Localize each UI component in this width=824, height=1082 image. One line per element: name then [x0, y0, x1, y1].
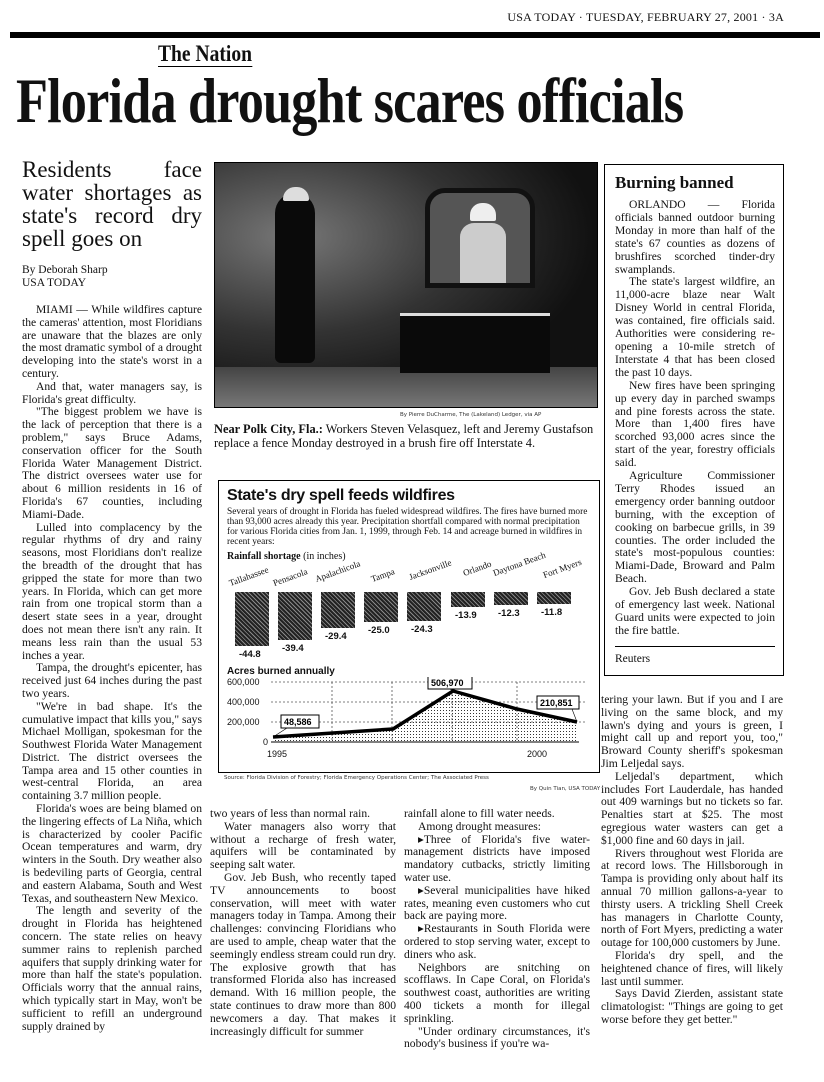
paragraph: "We're in bad shape. It's the cumulative…	[22, 701, 202, 803]
paragraph: rainfall alone to fill water needs.	[404, 808, 590, 821]
graphic-credit: By Quin Tian, USA TODAY	[530, 786, 600, 792]
paragraph: The length and severity of the drought i…	[22, 905, 202, 1033]
paragraph: two years of less than normal rain.	[210, 808, 396, 821]
headline: Florida drought scares officials	[16, 70, 683, 133]
paragraph: tering your lawn. But if you and I are l…	[601, 694, 783, 771]
svg-text:210,851: 210,851	[540, 698, 573, 708]
rainfall-chart: Tallahassee Pensacola Apalachicola Tampa…	[227, 564, 591, 666]
paragraph: Says David Zierden, assistant state clim…	[601, 988, 783, 1026]
city-label: Apalachicola	[314, 558, 362, 584]
graphic-title: State's dry spell feeds wildfires	[227, 487, 591, 505]
paragraph: Lulled into complacency by the regular r…	[22, 522, 202, 663]
deck: Residents face water shortages as state'…	[22, 158, 202, 250]
article-column-4: tering your lawn. But if you and I are l…	[601, 694, 783, 1027]
paragraph: ORLANDO — Florida officials banned outdo…	[615, 199, 775, 276]
paragraph: Agriculture Commissioner Terry Rhodes is…	[615, 470, 775, 586]
bullet-item: Restaurants in South Florida were ordere…	[404, 923, 590, 961]
rainfall-bar	[451, 592, 485, 607]
ytick: 200,000	[227, 717, 260, 727]
paragraph: Among drought measures:	[404, 821, 590, 834]
byline-author: By Deborah Sharp	[22, 264, 202, 277]
photo-credit: By Pierre DuCharme, The (Lakeland) Ledge…	[400, 412, 541, 418]
article-column-3: rainfall alone to fill water needs. Amon…	[404, 808, 590, 1051]
paragraph: MIAMI — While wildfires capture the came…	[22, 304, 202, 381]
rainfall-value: -11.8	[541, 607, 562, 618]
top-rule	[10, 32, 820, 38]
acres-chart: 600,000 400,000 200,000 0 1995 2000	[227, 677, 591, 772]
paragraph: Gov. Jeb Bush, who recently taped TV ann…	[210, 872, 396, 1038]
paragraph: Florida's dry spell, and the heightened …	[601, 950, 783, 988]
byline-org: USA TODAY	[22, 277, 202, 290]
rainfall-value: -13.9	[455, 610, 477, 621]
caption-lead: Near Polk City, Fla.:	[214, 422, 323, 436]
rainfall-bar	[235, 592, 269, 646]
section-label: The Nation	[158, 42, 252, 67]
acres-area-chart: 600,000 400,000 200,000 0 1995 2000	[227, 677, 593, 772]
worker-figure-right	[460, 223, 506, 283]
article-column-1: Residents face water shortages as state'…	[22, 158, 202, 1033]
rainfall-bar	[321, 592, 355, 628]
ytick: 400,000	[227, 697, 260, 707]
rainfall-value: -39.4	[282, 643, 304, 654]
city-label: Tampa	[370, 566, 396, 584]
rainfall-bar	[537, 592, 571, 604]
rainfall-bar	[494, 592, 528, 605]
paragraph: Tampa, the drought's epicenter, has rece…	[22, 662, 202, 700]
graphic-intro: Several years of drought in Florida has …	[227, 507, 591, 547]
paragraph: The state's largest wildfire, an 11,000-…	[615, 276, 775, 379]
paragraph: Gov. Jeb Bush declared a state of emerge…	[615, 586, 775, 638]
bullet-item: Three of Florida's five water-management…	[404, 834, 590, 885]
sidebar-title: Burning banned	[615, 173, 775, 193]
paragraph: Leljedal's department, which includes Fo…	[601, 771, 783, 848]
sidebar-credit: Reuters	[615, 646, 775, 665]
rainfall-bar	[278, 592, 312, 640]
city-label: Tallahassee	[228, 564, 270, 588]
rainfall-value: -29.4	[325, 631, 347, 642]
svg-text:506,970: 506,970	[431, 678, 464, 688]
rainfall-value: -12.3	[498, 608, 520, 619]
paragraph: Florida's woes are being blamed on the l…	[22, 803, 202, 905]
article-column-2: two years of less than normal rain. Wate…	[210, 808, 396, 1038]
photo-caption: Near Polk City, Fla.: Workers Steven Vel…	[214, 422, 604, 450]
paragraph: New fires have been springing up every d…	[615, 380, 775, 470]
city-label: Pensacola	[272, 566, 309, 588]
rainfall-value: -44.8	[239, 649, 261, 660]
sidebar-body: ORLANDO — Florida officials banned outdo…	[615, 199, 775, 638]
graphic-source: Source: Florida Division of Forestry; Fl…	[224, 775, 489, 781]
rainfall-bar	[364, 592, 398, 622]
paragraph: Neighbors are snitching on scofflaws. In…	[404, 962, 590, 1026]
paragraph: Rivers throughout west Florida are at re…	[601, 848, 783, 950]
xtick: 1995	[267, 749, 287, 759]
tractor-bucket	[400, 313, 550, 373]
ytick: 0	[263, 737, 268, 747]
sidebar-burning-banned: Burning banned ORLANDO — Florida officia…	[604, 164, 784, 676]
news-photo	[214, 162, 598, 408]
acres-subhead: Acres burned annually	[227, 666, 591, 677]
worker-figure-left	[275, 193, 315, 363]
rainfall-value: -25.0	[368, 625, 390, 636]
masthead: USA TODAY · TUESDAY, FEBRUARY 27, 2001 ·…	[507, 10, 784, 25]
byline: By Deborah Sharp USA TODAY	[22, 264, 202, 290]
rainfall-bar	[407, 592, 441, 621]
paragraph: And that, water managers say, is Florida…	[22, 381, 202, 407]
svg-text:48,586: 48,586	[284, 717, 312, 727]
paragraph: Water managers also worry that without a…	[210, 821, 396, 872]
xtick: 2000	[527, 749, 547, 759]
ytick: 600,000	[227, 677, 260, 687]
rainfall-value: -24.3	[411, 624, 433, 635]
paragraph: "Under ordinary circumstances, it's nobo…	[404, 1026, 590, 1052]
infographic: State's dry spell feeds wildfires Severa…	[218, 480, 600, 773]
bullet-item: Several municipalities have hiked rates,…	[404, 885, 590, 923]
paragraph: "The biggest problem we have is the lack…	[22, 406, 202, 521]
